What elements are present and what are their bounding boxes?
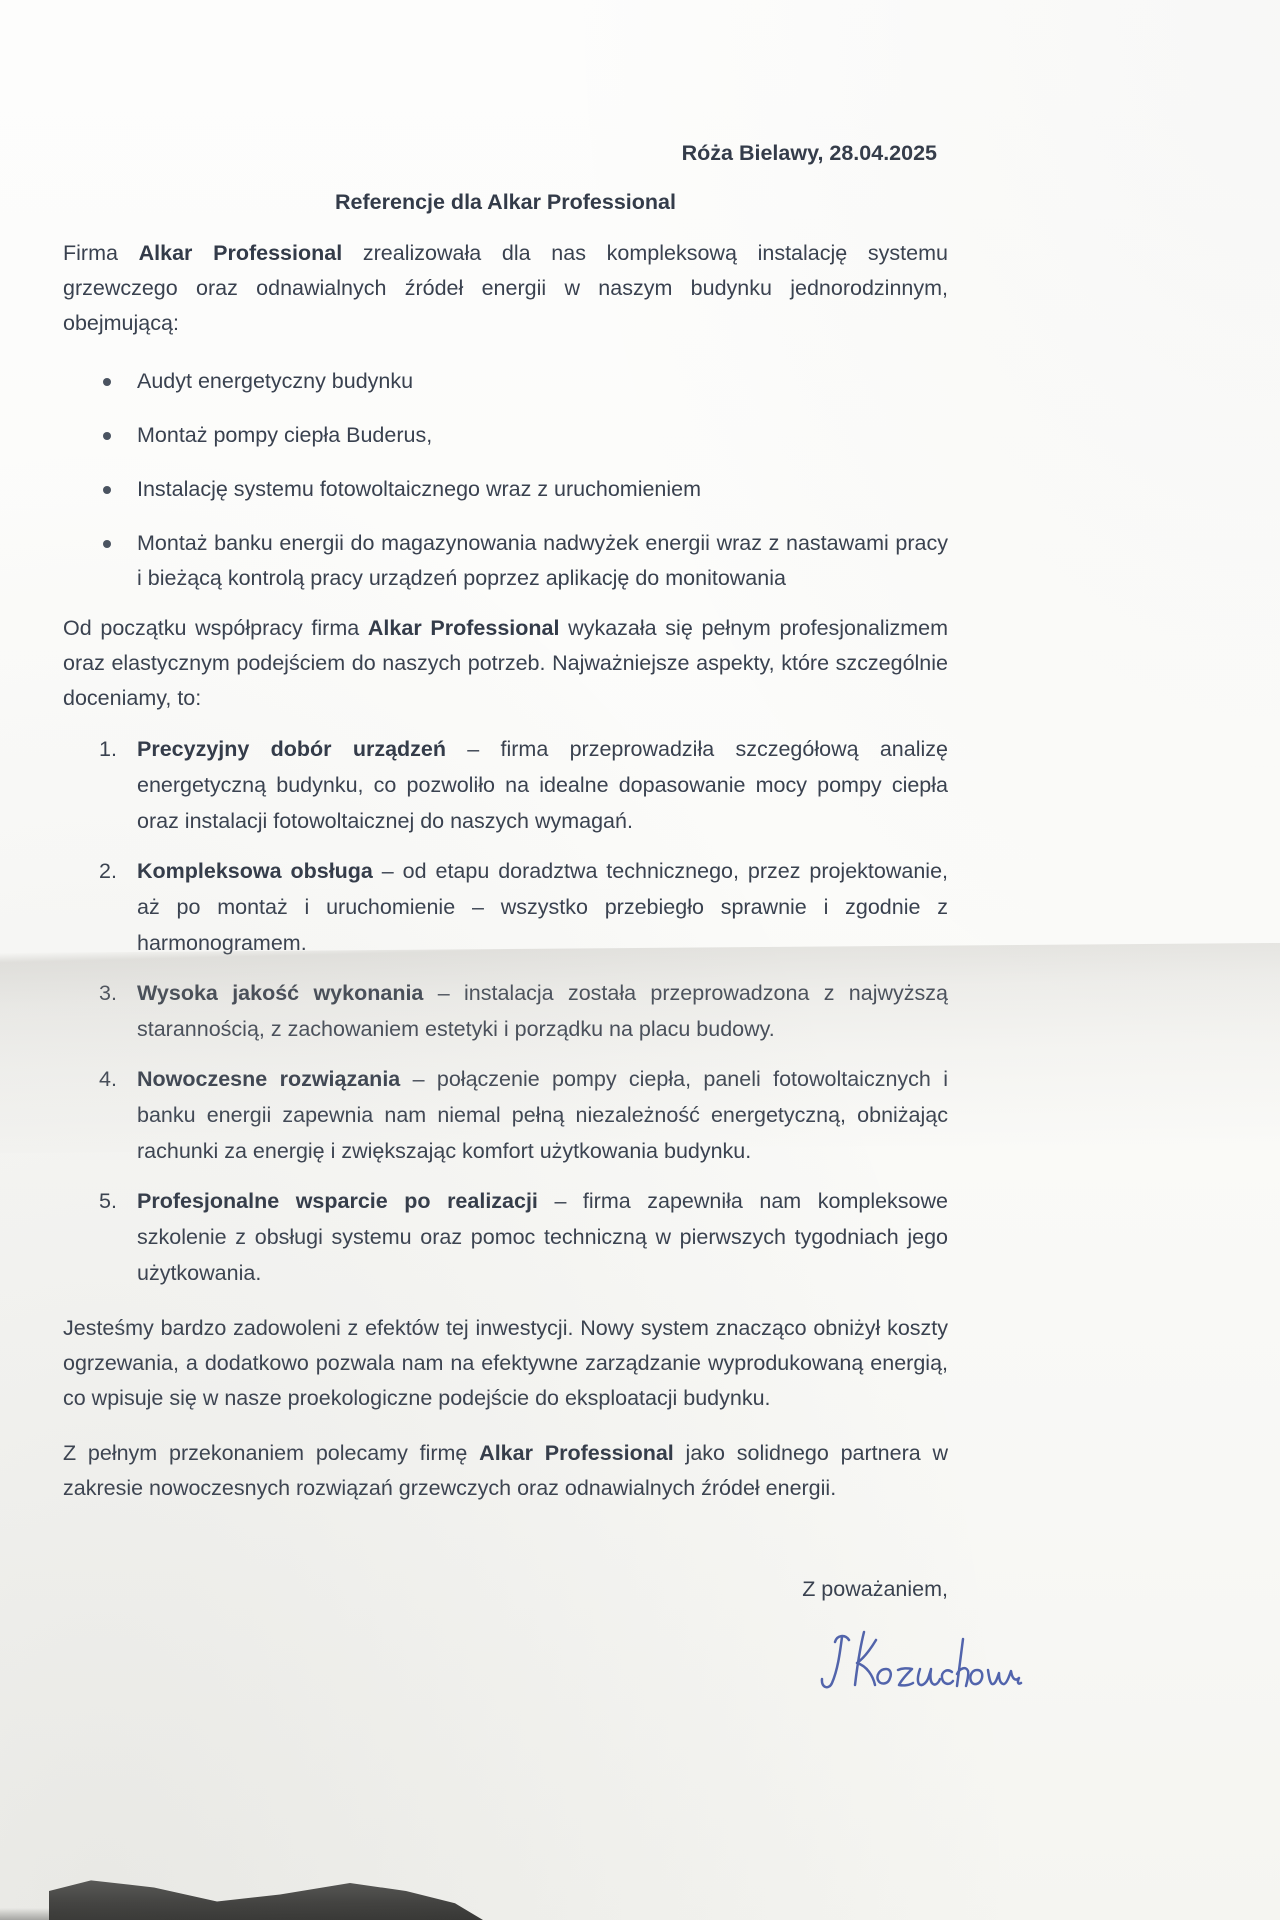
bullet-item-text: Montaż pompy ciepła Buderus, [137, 423, 432, 447]
photo-bottom-corner [0, 1908, 70, 1920]
letter-page: Róża Bielawy, 28.04.2025 Referencje dla … [0, 0, 1280, 1920]
numbered-item: 4.Nowoczesne rozwiązania – połączenie po… [63, 1061, 948, 1169]
bullet-item-text: Audyt energetyczny budynku [137, 369, 413, 393]
cooperation-text-pre: Od początku współpracy firma [63, 616, 368, 640]
photo-bottom-edge [0, 1876, 700, 1920]
bullet-item: Audyt energetyczny budynku [63, 364, 948, 399]
intro-text-pre: Firma [63, 241, 139, 265]
item-number: 3. [99, 975, 117, 1011]
item-number: 1. [99, 731, 117, 767]
item-lead: Precyzyjny dobór urządzeń [137, 737, 446, 761]
bullet-item-text: Instalację systemu fotowoltaicznego wraz… [137, 477, 701, 501]
recommendation-paragraph: Z pełnym przekonaniem polecamy firmę Alk… [63, 1436, 948, 1506]
recommendation-text-pre: Z pełnym przekonaniem polecamy firmę [63, 1441, 479, 1465]
item-lead: Kompleksowa obsługa [137, 859, 373, 883]
bullet-item: Montaż banku energii do magazynowania na… [63, 526, 948, 596]
intro-paragraph: Firma Alkar Professional zrealizowała dl… [63, 236, 948, 341]
item-lead: Profesjonalne wsparcie po realizacji [137, 1189, 538, 1213]
company-name: Alkar Professional [479, 1441, 674, 1465]
letter-content: Róża Bielawy, 28.04.2025 Referencje dla … [63, 0, 948, 1602]
numbered-item: 5.Profesjonalne wsparcie po realizacji –… [63, 1183, 948, 1291]
company-name: Alkar Professional [368, 616, 560, 640]
item-number: 5. [99, 1183, 117, 1219]
signature-handwriting [818, 1624, 1023, 1708]
company-name: Alkar Professional [139, 241, 343, 265]
valediction: Z poważaniem, [63, 1576, 948, 1602]
item-lead: Wysoka jakość wykonania [137, 981, 423, 1005]
bullet-item: Instalację systemu fotowoltaicznego wraz… [63, 472, 948, 507]
bullet-item: Montaż pompy ciepła Buderus, [63, 418, 948, 453]
letter-title: Referencje dla Alkar Professional [63, 189, 948, 215]
numbered-item: 1.Precyzyjny dobór urządzeń – firma prze… [63, 731, 948, 839]
item-lead: Nowoczesne rozwiązania [137, 1067, 400, 1091]
item-number: 2. [99, 853, 117, 889]
bullet-list: Audyt energetyczny budynku Montaż pompy … [63, 364, 948, 596]
signature-ink-strokes [818, 1624, 1023, 1708]
numbered-item: 2.Kompleksowa obsługa – od etapu doradzt… [63, 853, 948, 961]
satisfaction-paragraph: Jesteśmy bardzo zadowoleni z efektów tej… [63, 1311, 948, 1416]
numbered-item: 3.Wysoka jakość wykonania – instalacja z… [63, 975, 948, 1047]
item-number: 4. [99, 1061, 117, 1097]
letter-date: Róża Bielawy, 28.04.2025 [63, 0, 948, 166]
cooperation-paragraph: Od początku współpracy firma Alkar Profe… [63, 611, 948, 716]
numbered-list: 1.Precyzyjny dobór urządzeń – firma prze… [63, 731, 948, 1291]
bullet-item-text: Montaż banku energii do magazynowania na… [137, 531, 948, 590]
